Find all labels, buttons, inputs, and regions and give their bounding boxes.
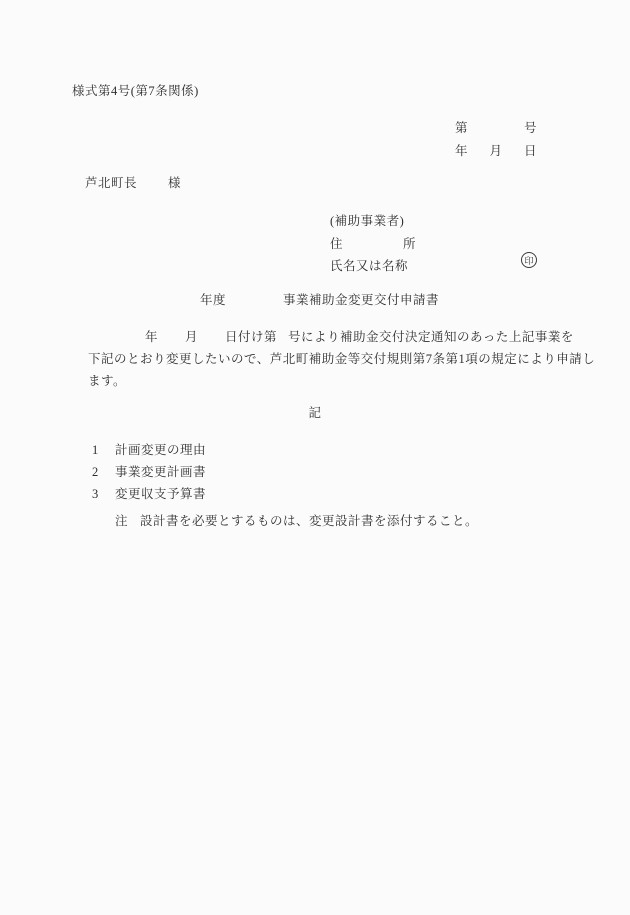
list-item-number: 2 bbox=[92, 461, 115, 483]
attachment-list: 1計画変更の理由 2事業変更計画書 3変更収支予算書 bbox=[92, 439, 206, 505]
seal-mark-icon: 印 bbox=[521, 252, 537, 268]
body-paragraph-line3: ます。 bbox=[88, 371, 126, 389]
date-month-label: 月 bbox=[489, 141, 502, 159]
list-item: 3変更収支予算書 bbox=[92, 483, 206, 505]
body-year-label: 年 bbox=[145, 330, 158, 344]
doc-number-suffix: 号 bbox=[524, 118, 537, 136]
address-label-first: 住 bbox=[330, 233, 343, 256]
addressee-honorific: 様 bbox=[168, 176, 181, 190]
list-item-number: 3 bbox=[92, 483, 115, 505]
record-marker: 記 bbox=[0, 403, 630, 421]
form-number-label: 様式第4号(第7条関係) bbox=[72, 81, 199, 99]
applicant-name-label: 氏名又は名称 bbox=[330, 255, 416, 278]
document-title: 事業補助金変更交付申請書 bbox=[283, 290, 439, 308]
body-date-prefix: 日付け第 bbox=[225, 330, 277, 344]
list-item: 2事業変更計画書 bbox=[92, 461, 206, 483]
list-item-label: 計画変更の理由 bbox=[115, 443, 206, 457]
applicant-address-label: 住 所 bbox=[330, 233, 416, 256]
list-item: 1計画変更の理由 bbox=[92, 439, 206, 461]
applicant-block: (補助事業者) 住 所 氏名又は名称 bbox=[330, 210, 416, 278]
applicant-heading: (補助事業者) bbox=[330, 210, 416, 233]
body-line1-rest: 号により補助金交付決定通知のあった上記事業を bbox=[288, 330, 574, 344]
body-paragraph-line1: 年月日付け第号により補助金交付決定通知のあった上記事業を bbox=[145, 327, 574, 345]
title-fiscal-year-label: 年度 bbox=[200, 290, 226, 308]
doc-number-prefix: 第 bbox=[455, 118, 468, 136]
date-year-label: 年 bbox=[455, 141, 468, 159]
doc-number-line: 第 号 bbox=[455, 118, 537, 136]
note-label: 注 bbox=[115, 514, 128, 528]
list-item-label: 事業変更計画書 bbox=[115, 465, 206, 479]
list-item-number: 1 bbox=[92, 439, 115, 461]
addressee-name: 芦北町長 bbox=[85, 176, 137, 190]
date-day-label: 日 bbox=[524, 141, 537, 159]
body-month-label: 月 bbox=[185, 330, 198, 344]
list-item-label: 変更収支予算書 bbox=[115, 487, 206, 501]
body-paragraph-line2: 下記のとおり変更したいので、芦北町補助金等交付規則第7条第1項の規定により申請し bbox=[88, 349, 595, 367]
address-label-last: 所 bbox=[403, 233, 416, 256]
note-text: 設計書を必要とするものは、変更設計書を添付すること。 bbox=[140, 514, 478, 528]
date-line: 年 月 日 bbox=[455, 141, 537, 159]
document-page: 様式第4号(第7条関係) 第 号 年 月 日 芦北町長様 (補助事業者) 住 所… bbox=[0, 0, 630, 915]
addressee-line: 芦北町長様 bbox=[85, 173, 181, 191]
note-line: 注設計書を必要とするものは、変更設計書を添付すること。 bbox=[115, 511, 478, 529]
